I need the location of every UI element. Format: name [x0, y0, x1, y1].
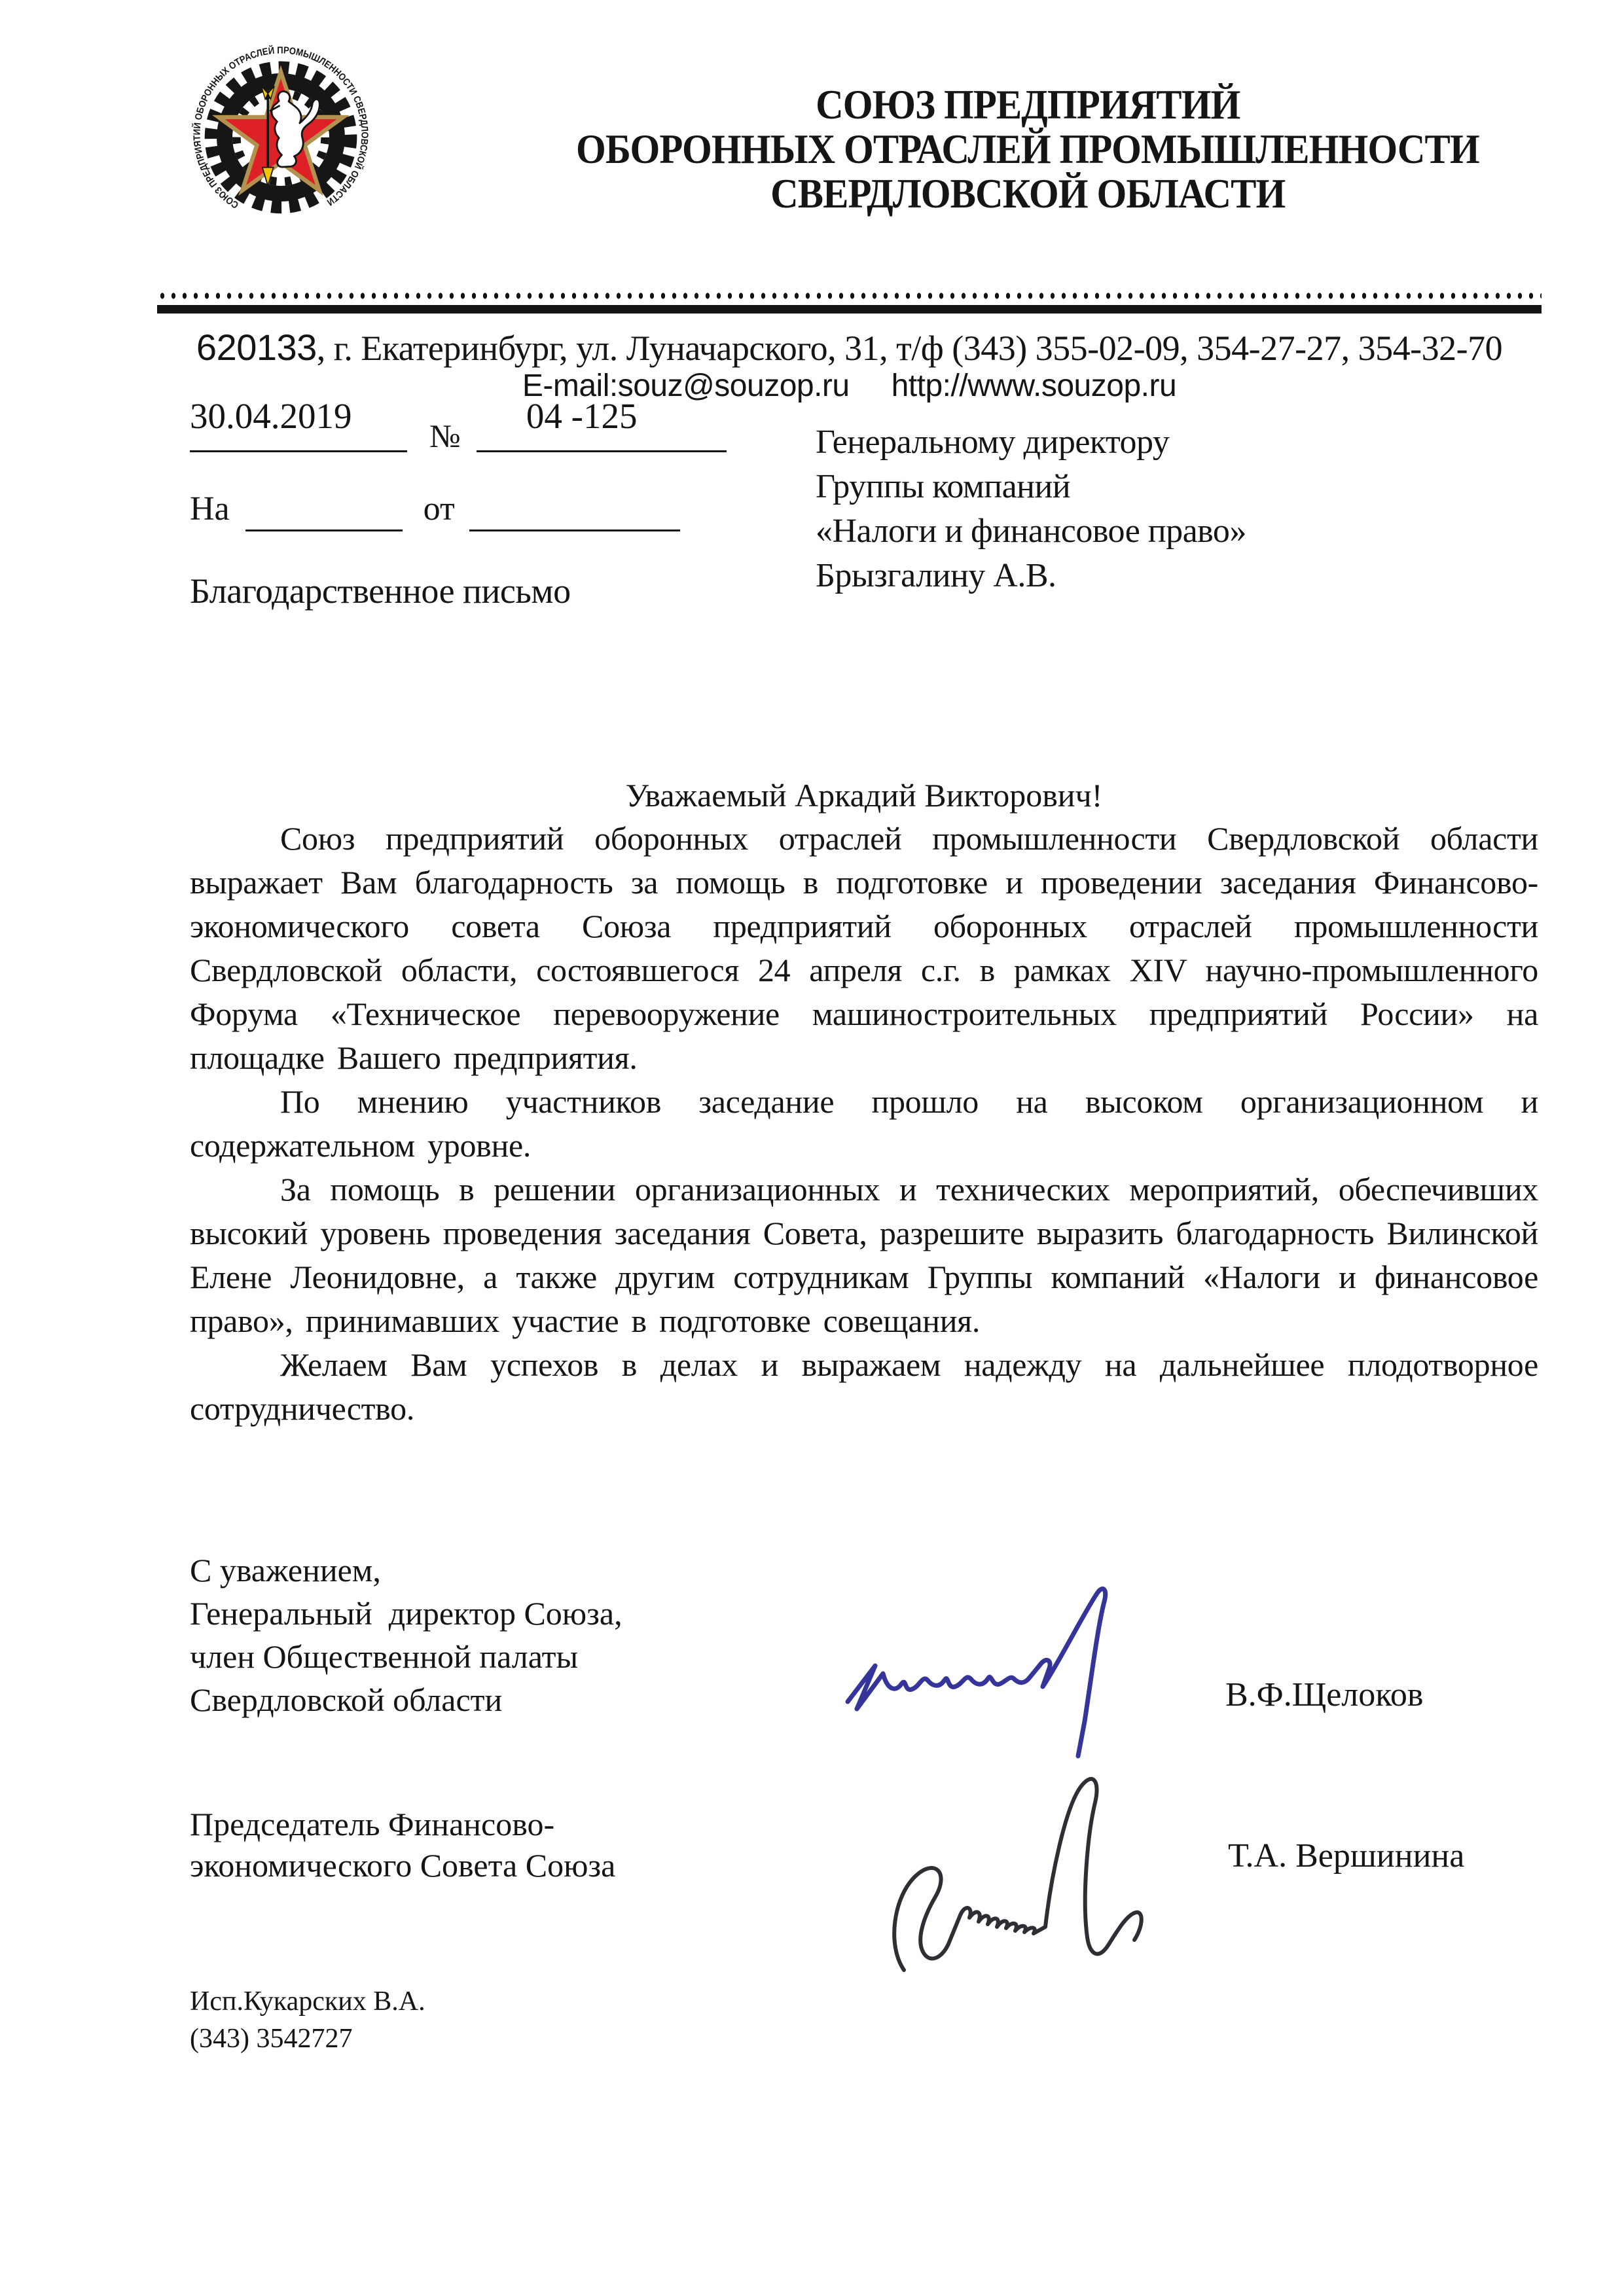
- address-text: , г. Екатеринбург, ул. Луначарского, 31,…: [317, 329, 1502, 368]
- letter-body: Союз предприятий оборонных отраслей пром…: [190, 817, 1538, 1431]
- recipient-block: Генеральному директору Группы компаний «…: [816, 420, 1470, 598]
- number-sign: №: [429, 417, 461, 455]
- letter-date: 30.04.2019: [190, 396, 352, 436]
- reference-row-date-number: 30.04.2019 № 04 -125: [190, 398, 727, 452]
- number-field: 04 -125: [477, 398, 727, 452]
- reference-row-reply: На от: [190, 492, 680, 531]
- org-title-text-1: СОЮЗ ПРЕДПРИЯТИЙ: [816, 82, 1240, 127]
- letter-number: 04 -125: [526, 396, 638, 436]
- address-line: 620133, г. Екатеринбург, ул. Луначарског…: [157, 326, 1542, 368]
- closing-line-3: член Общественной палаты: [190, 1635, 623, 1678]
- recipient-company-2: «Налоги и финансовое право»: [816, 509, 1470, 554]
- body-paragraph-3: За помощь в решении организационных и те…: [190, 1168, 1538, 1343]
- body-paragraph-4: Желаем Вам успехов в делах и выражаем на…: [190, 1343, 1538, 1431]
- on-label: На: [190, 492, 230, 526]
- organization-logo: СОЮЗ ПРЕДПРИЯТИЙ ОБОРОННЫХ ОТРАСЛЕЙ ПРОМ…: [189, 42, 373, 226]
- signer-name-shchelokov: В.Ф.Щелоков: [1225, 1676, 1423, 1714]
- executor-name: Исп.Кукарских В.А.: [190, 1983, 425, 2020]
- second-signer-title-line-2: экономического Совета Союза: [190, 1845, 615, 1886]
- from-label: от: [424, 492, 455, 526]
- signature-shchelokov: [841, 1581, 1142, 1764]
- letter-page: СОЮЗ ПРЕДПРИЯТИЙ ОБОРОННЫХ ОТРАСЛЕЙ ПРОМ…: [0, 0, 1624, 2296]
- closing-block: С уважением, Генеральный директор Союза,…: [190, 1549, 623, 1721]
- second-signer-title-line-1: Председатель Финансово-: [190, 1804, 615, 1845]
- body-paragraph-1: Союз предприятий оборонных отраслей пром…: [190, 817, 1538, 1080]
- org-title-line: ОБОРОННЫХ ОТРАСЛЕЙ ПРОМЫШЛЕННОСТИ: [452, 127, 1604, 171]
- recipient-company-1: Группы компаний: [816, 465, 1470, 509]
- document-type: Благодарственное письмо: [190, 571, 571, 611]
- executor-phone: (343) 3542727: [190, 2020, 425, 2058]
- reply-to-field: [245, 493, 403, 531]
- closing-line-2: Генеральный директор Союза,: [190, 1592, 623, 1635]
- postal-code: 620133: [196, 327, 317, 368]
- recipient-name: Брызгалину А.В.: [816, 554, 1470, 598]
- website-text: http://www.souzop.ru: [892, 368, 1177, 403]
- solid-divider: [157, 305, 1542, 314]
- signature-vershinina: [874, 1762, 1227, 1978]
- date-field: 30.04.2019: [190, 398, 407, 452]
- salutation: Уважаемый Аркадий Викторович!: [190, 776, 1538, 814]
- closing-line-4: Свердловской области: [190, 1678, 623, 1721]
- dotted-divider: [157, 291, 1542, 301]
- org-title-text-2: ОБОРОННЫХ ОТРАСЛЕЙ ПРОМЫШЛЕННОСТИ: [576, 127, 1479, 171]
- second-signer-title: Председатель Финансово- экономического С…: [190, 1804, 615, 1886]
- org-title-line: СОЮЗ ПРЕДПРИЯТИЙ: [452, 82, 1604, 127]
- letterhead-title: СОЮЗ ПРЕДПРИЯТИЙ ОБОРОННЫХ ОТРАСЛЕЙ ПРОМ…: [452, 82, 1604, 216]
- reply-date-field: [469, 493, 680, 531]
- body-paragraph-2: По мнению участников заседание прошло на…: [190, 1080, 1538, 1168]
- org-title-line: СВЕРДЛОВСКОЙ ОБЛАСТИ: [452, 171, 1604, 216]
- org-title-text-3: СВЕРДЛОВСКОЙ ОБЛАСТИ: [770, 171, 1285, 216]
- executor-block: Исп.Кукарских В.А. (343) 3542727: [190, 1983, 425, 2058]
- recipient-position: Генеральному директору: [816, 420, 1470, 465]
- logo-emblem-svg: СОЮЗ ПРЕДПРИЯТИЙ ОБОРОННЫХ ОТРАСЛЕЙ ПРОМ…: [189, 42, 373, 226]
- closing-line-1: С уважением,: [190, 1549, 623, 1592]
- signer-name-vershinina: Т.А. Вершинина: [1228, 1837, 1464, 1875]
